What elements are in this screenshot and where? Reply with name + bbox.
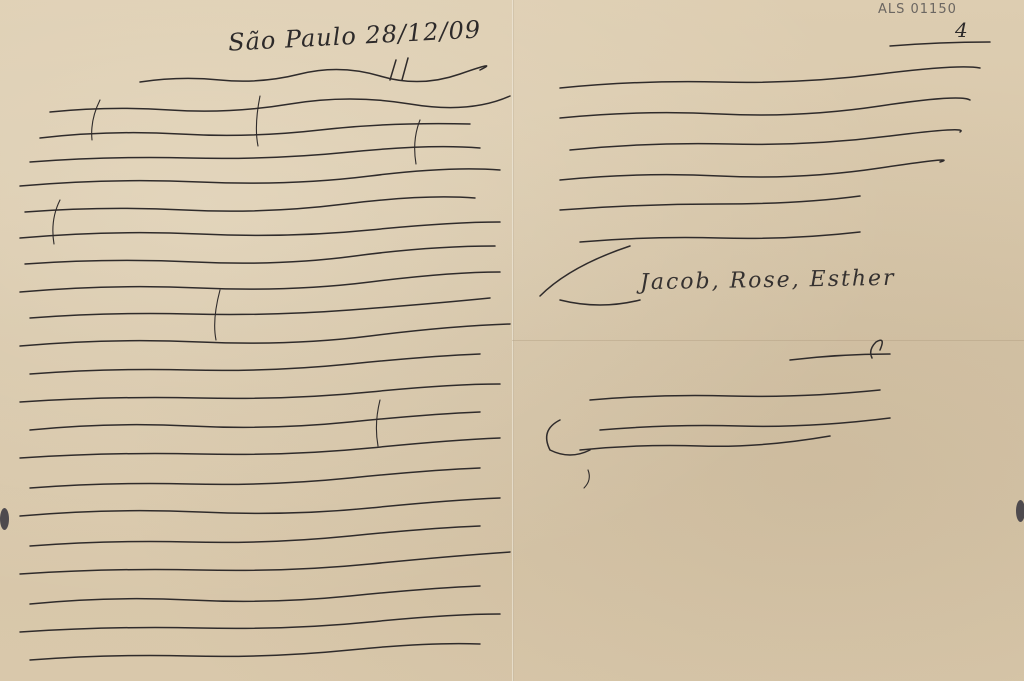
binding-hole-left	[0, 508, 9, 530]
binding-hole-right	[1016, 500, 1024, 522]
left-page-handwriting	[20, 58, 510, 660]
signature-names: Jacob, Rose, Esther	[640, 266, 896, 295]
letter-scan: ALS 01150 4 São Paulo 28/12/09	[0, 0, 1024, 681]
handwriting-strokes	[0, 0, 1024, 681]
right-page-handwriting	[540, 42, 990, 488]
